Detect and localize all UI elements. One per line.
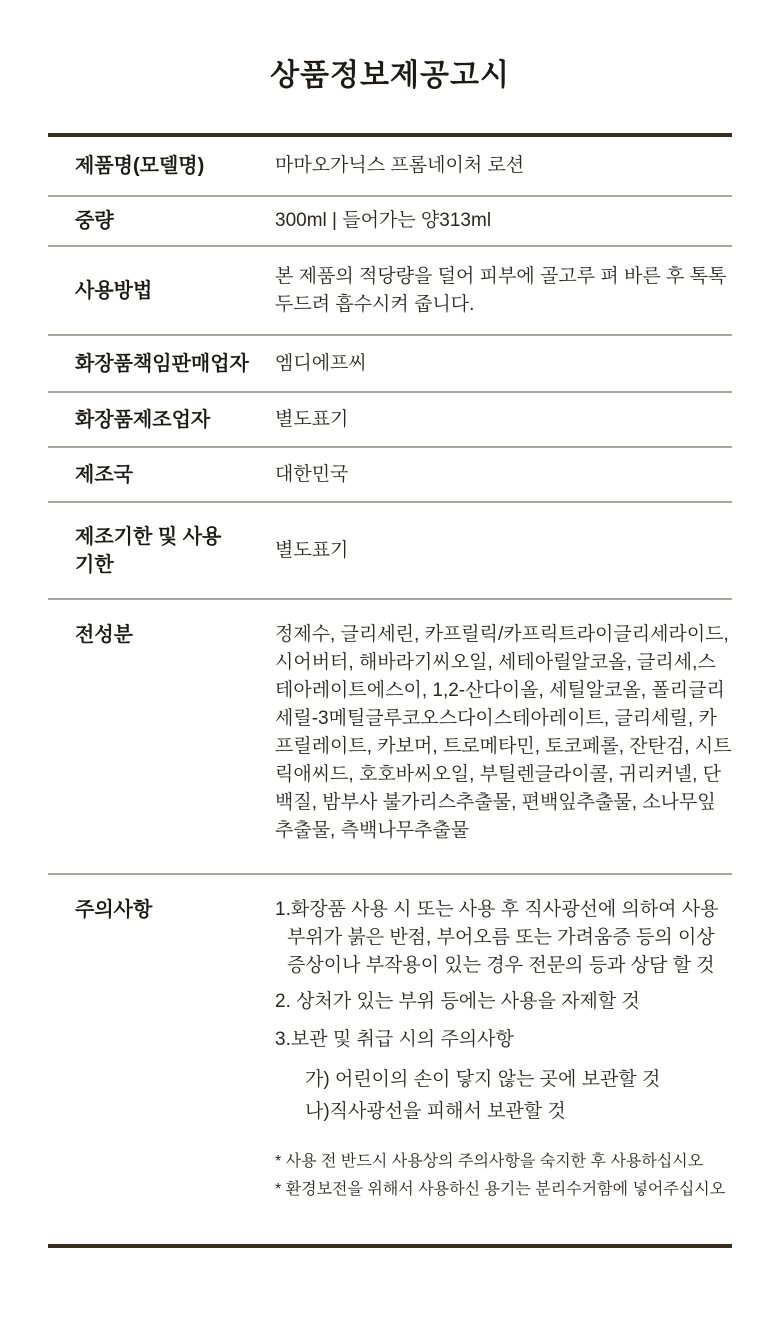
- precaution-notes: * 사용 전 반드시 사용상의 주의사항을 숙지한 후 사용하십시오 * 환경보…: [275, 1148, 732, 1204]
- row-label: 화장품제조업자: [75, 406, 275, 434]
- row-label: 전성분: [75, 621, 275, 649]
- row-value: 별도표기: [275, 537, 732, 565]
- row-label: 사용방법: [75, 277, 275, 305]
- table-row-precautions: 주의사항 1.화장품 사용 시 또는 사용 후 직사광선에 의하여 사용 부위가…: [48, 875, 732, 1244]
- row-label: 제조국: [75, 461, 275, 489]
- precaution-item: 3.보관 및 취급 시의 주의사항: [275, 1026, 732, 1054]
- precaution-note: * 사용 전 반드시 사용상의 주의사항을 숙지한 후 사용하십시오: [275, 1148, 732, 1176]
- row-label: 중량: [75, 207, 275, 235]
- page-title: 상품정보제공고시: [48, 0, 732, 97]
- table-row-product-name: 제품명(모델명) 마마오가닉스 프롬네이처 로션: [48, 137, 732, 197]
- product-info-sheet: 상품정보제공고시 제품명(모델명) 마마오가닉스 프롬네이처 로션 중량 300…: [48, 0, 732, 1248]
- row-value: 대한민국: [275, 461, 732, 489]
- row-value: 엠디에프씨: [275, 350, 732, 378]
- table-row-usage: 사용방법 본 제품의 적당량을 덜어 피부에 골고루 펴 바른 후 톡톡 두드려…: [48, 247, 732, 336]
- precautions-content: 1.화장품 사용 시 또는 사용 후 직사광선에 의하여 사용 부위가 붉은 반…: [275, 896, 732, 1204]
- table-row-weight: 중량 300ml | 들어가는 양313ml: [48, 197, 732, 247]
- row-value: 마마오가닉스 프롬네이처 로션: [275, 152, 732, 180]
- row-label: 주의사항: [75, 896, 275, 924]
- row-label: 제조기한 및 사용기한: [75, 523, 225, 579]
- row-value: 별도표기: [275, 406, 732, 434]
- table-row-seller: 화장품책임판매업자 엠디에프씨: [48, 336, 732, 393]
- row-value: 300ml | 들어가는 양313ml: [275, 207, 732, 235]
- precaution-sub-item: 가) 어린이의 손이 닿지 않는 곳에 보관할 것: [305, 1066, 732, 1094]
- table-row-country: 제조국 대한민국: [48, 448, 732, 503]
- precaution-note: * 환경보전을 위해서 사용하신 용기는 분리수거함에 넣어주십시오: [275, 1176, 732, 1204]
- row-value: 정제수, 글리세린, 카프릴릭/카프릭트라이글리세라이드, 시어버터, 해바라기…: [275, 621, 732, 845]
- table-row-ingredients: 전성분 정제수, 글리세린, 카프릴릭/카프릭트라이글리세라이드, 시어버터, …: [48, 600, 732, 875]
- bottom-divider: [48, 1244, 732, 1248]
- precaution-item: 2. 상처가 있는 부위 등에는 사용을 자제할 것: [275, 988, 732, 1016]
- row-value: 본 제품의 적당량을 덜어 피부에 골고루 펴 바른 후 톡톡 두드려 흡수시켜…: [275, 263, 732, 319]
- row-label: 화장품책임판매업자: [75, 350, 275, 378]
- precaution-sub-item: 나)직사광선을 피해서 보관할 것: [305, 1098, 732, 1126]
- table-row-manufacturer: 화장품제조업자 별도표기: [48, 393, 732, 448]
- row-label: 제품명(모델명): [75, 152, 275, 180]
- precaution-item: 1.화장품 사용 시 또는 사용 후 직사광선에 의하여 사용 부위가 붉은 반…: [275, 896, 732, 980]
- table-row-expiry: 제조기한 및 사용기한 별도표기: [48, 503, 732, 600]
